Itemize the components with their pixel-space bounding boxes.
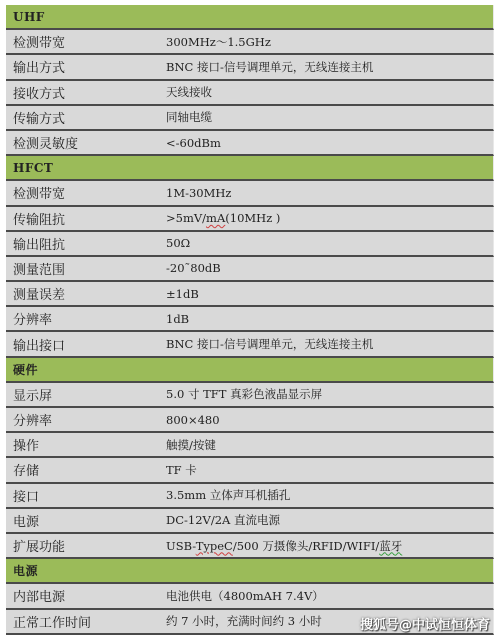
value-text: >5mV/ — [166, 211, 206, 225]
row-label: 分辨率 — [6, 410, 166, 429]
table-row: 内部电源 电池供电（4800mAH 7.4V） — [6, 584, 494, 609]
table-row: 输出方式 BNC 接口-信号调理单元，无线连接主机 — [6, 55, 494, 80]
row-label: 输出阻抗 — [6, 234, 166, 253]
row-value: ±1dB — [166, 287, 493, 301]
value-text: (10MHz ) — [225, 211, 280, 225]
table-row: 检测灵敏度 <-60dBm — [6, 131, 494, 156]
row-value: 800×480 — [166, 413, 493, 427]
row-value: 50Ω — [166, 236, 493, 250]
row-label: 传输阻抗 — [6, 209, 166, 228]
row-value: 天线接收 — [166, 84, 493, 100]
row-value: DC-12V/2A 直流电源 — [166, 512, 493, 528]
section-title: 硬件 — [6, 361, 166, 378]
row-value: USB-TypeC/500 万摄像头/RFID/WIFI/蓝牙 — [166, 538, 493, 554]
row-value: BNC 接口-信号调理单元，无线连接主机 — [166, 336, 493, 352]
row-value: <-60dBm — [166, 136, 493, 150]
grammar-marked-text: 蓝牙 — [379, 539, 402, 553]
table-row: 测量误差 ±1dB — [6, 282, 494, 307]
row-label: 操作 — [6, 435, 166, 454]
table-row: 分辨率 800×480 — [6, 408, 494, 433]
table-row: 接口 3.5mm 立体声耳机插孔 — [6, 484, 494, 509]
row-label: 接口 — [6, 486, 166, 505]
spellcheck-marked-text: mA — [206, 211, 225, 225]
row-label: 接收方式 — [6, 83, 166, 102]
watermark: 搜狐号@中试恒恒体育 — [360, 614, 490, 633]
row-label: 显示屏 — [6, 385, 166, 404]
row-value: 300MHz～1.5GHz — [166, 34, 493, 50]
table-row: 操作 触摸/按键 — [6, 433, 494, 458]
row-label: 检测带宽 — [6, 32, 166, 51]
table-row: 分辨率 1dB — [6, 307, 494, 332]
row-label: 存储 — [6, 460, 166, 479]
row-value: TF 卡 — [166, 462, 493, 478]
row-label: 输出接口 — [6, 335, 166, 354]
table-row: 检测带宽 300MHz～1.5GHz — [6, 30, 494, 55]
value-text: /500 万摄像头/RFID/WIFI/ — [233, 539, 379, 553]
section-header-power: 电源 — [6, 559, 494, 584]
row-value: 5.0 寸 TFT 真彩色液晶显示屏 — [166, 386, 493, 402]
table-row: 扩展功能 USB-TypeC/500 万摄像头/RFID/WIFI/蓝牙 — [6, 534, 494, 559]
table-row: 输出接口 BNC 接口-信号调理单元，无线连接主机 — [6, 332, 494, 357]
spellcheck-marked-text: TypeC — [196, 539, 233, 553]
row-label: 检测带宽 — [6, 183, 166, 202]
table-row: 传输阻抗 >5mV/mA(10MHz ) — [6, 207, 494, 232]
section-header-hardware: 硬件 — [6, 358, 494, 383]
table-row: 显示屏 5.0 寸 TFT 真彩色液晶显示屏 — [6, 383, 494, 408]
row-label: 测量范围 — [6, 259, 166, 278]
section-header-uhf: UHF — [6, 5, 494, 30]
row-label: 测量误差 — [6, 284, 166, 303]
table-row: 接收方式 天线接收 — [6, 81, 494, 106]
row-value: BNC 接口-信号调理单元，无线连接主机 — [166, 59, 493, 75]
row-value: 同轴电缆 — [166, 109, 493, 125]
row-value: 1dB — [166, 312, 493, 326]
section-title: HFCT — [6, 161, 166, 175]
row-label: 内部电源 — [6, 586, 166, 605]
table-row: 电源 DC-12V/2A 直流电源 — [6, 509, 494, 534]
section-header-hfct: HFCT — [6, 156, 494, 181]
value-text: USB- — [166, 539, 196, 553]
row-value: 电池供电（4800mAH 7.4V） — [166, 588, 493, 604]
row-label: 分辨率 — [6, 309, 166, 328]
row-label: 输出方式 — [6, 57, 166, 76]
table-row: 检测带宽 1M-30MHz — [6, 181, 494, 206]
row-label: 扩展功能 — [6, 536, 166, 555]
table-row: 测量范围 -20˜80dB — [6, 257, 494, 282]
row-label: 电源 — [6, 511, 166, 530]
section-title: UHF — [6, 10, 166, 24]
table-row: 输出阻抗 50Ω — [6, 232, 494, 257]
spec-table: UHF 检测带宽 300MHz～1.5GHz 输出方式 BNC 接口-信号调理单… — [6, 5, 494, 635]
table-row: 传输方式 同轴电缆 — [6, 106, 494, 131]
row-label: 检测灵敏度 — [6, 133, 166, 152]
row-value: -20˜80dB — [166, 261, 493, 275]
row-label: 传输方式 — [6, 108, 166, 127]
row-label: 正常工作时间 — [6, 612, 166, 631]
row-value: 3.5mm 立体声耳机插孔 — [166, 487, 493, 503]
table-row: 存储 TF 卡 — [6, 458, 494, 483]
row-value: >5mV/mA(10MHz ) — [166, 211, 493, 225]
row-value: 触摸/按键 — [166, 437, 493, 453]
section-title: 电源 — [6, 562, 166, 579]
row-value: 1M-30MHz — [166, 186, 493, 200]
